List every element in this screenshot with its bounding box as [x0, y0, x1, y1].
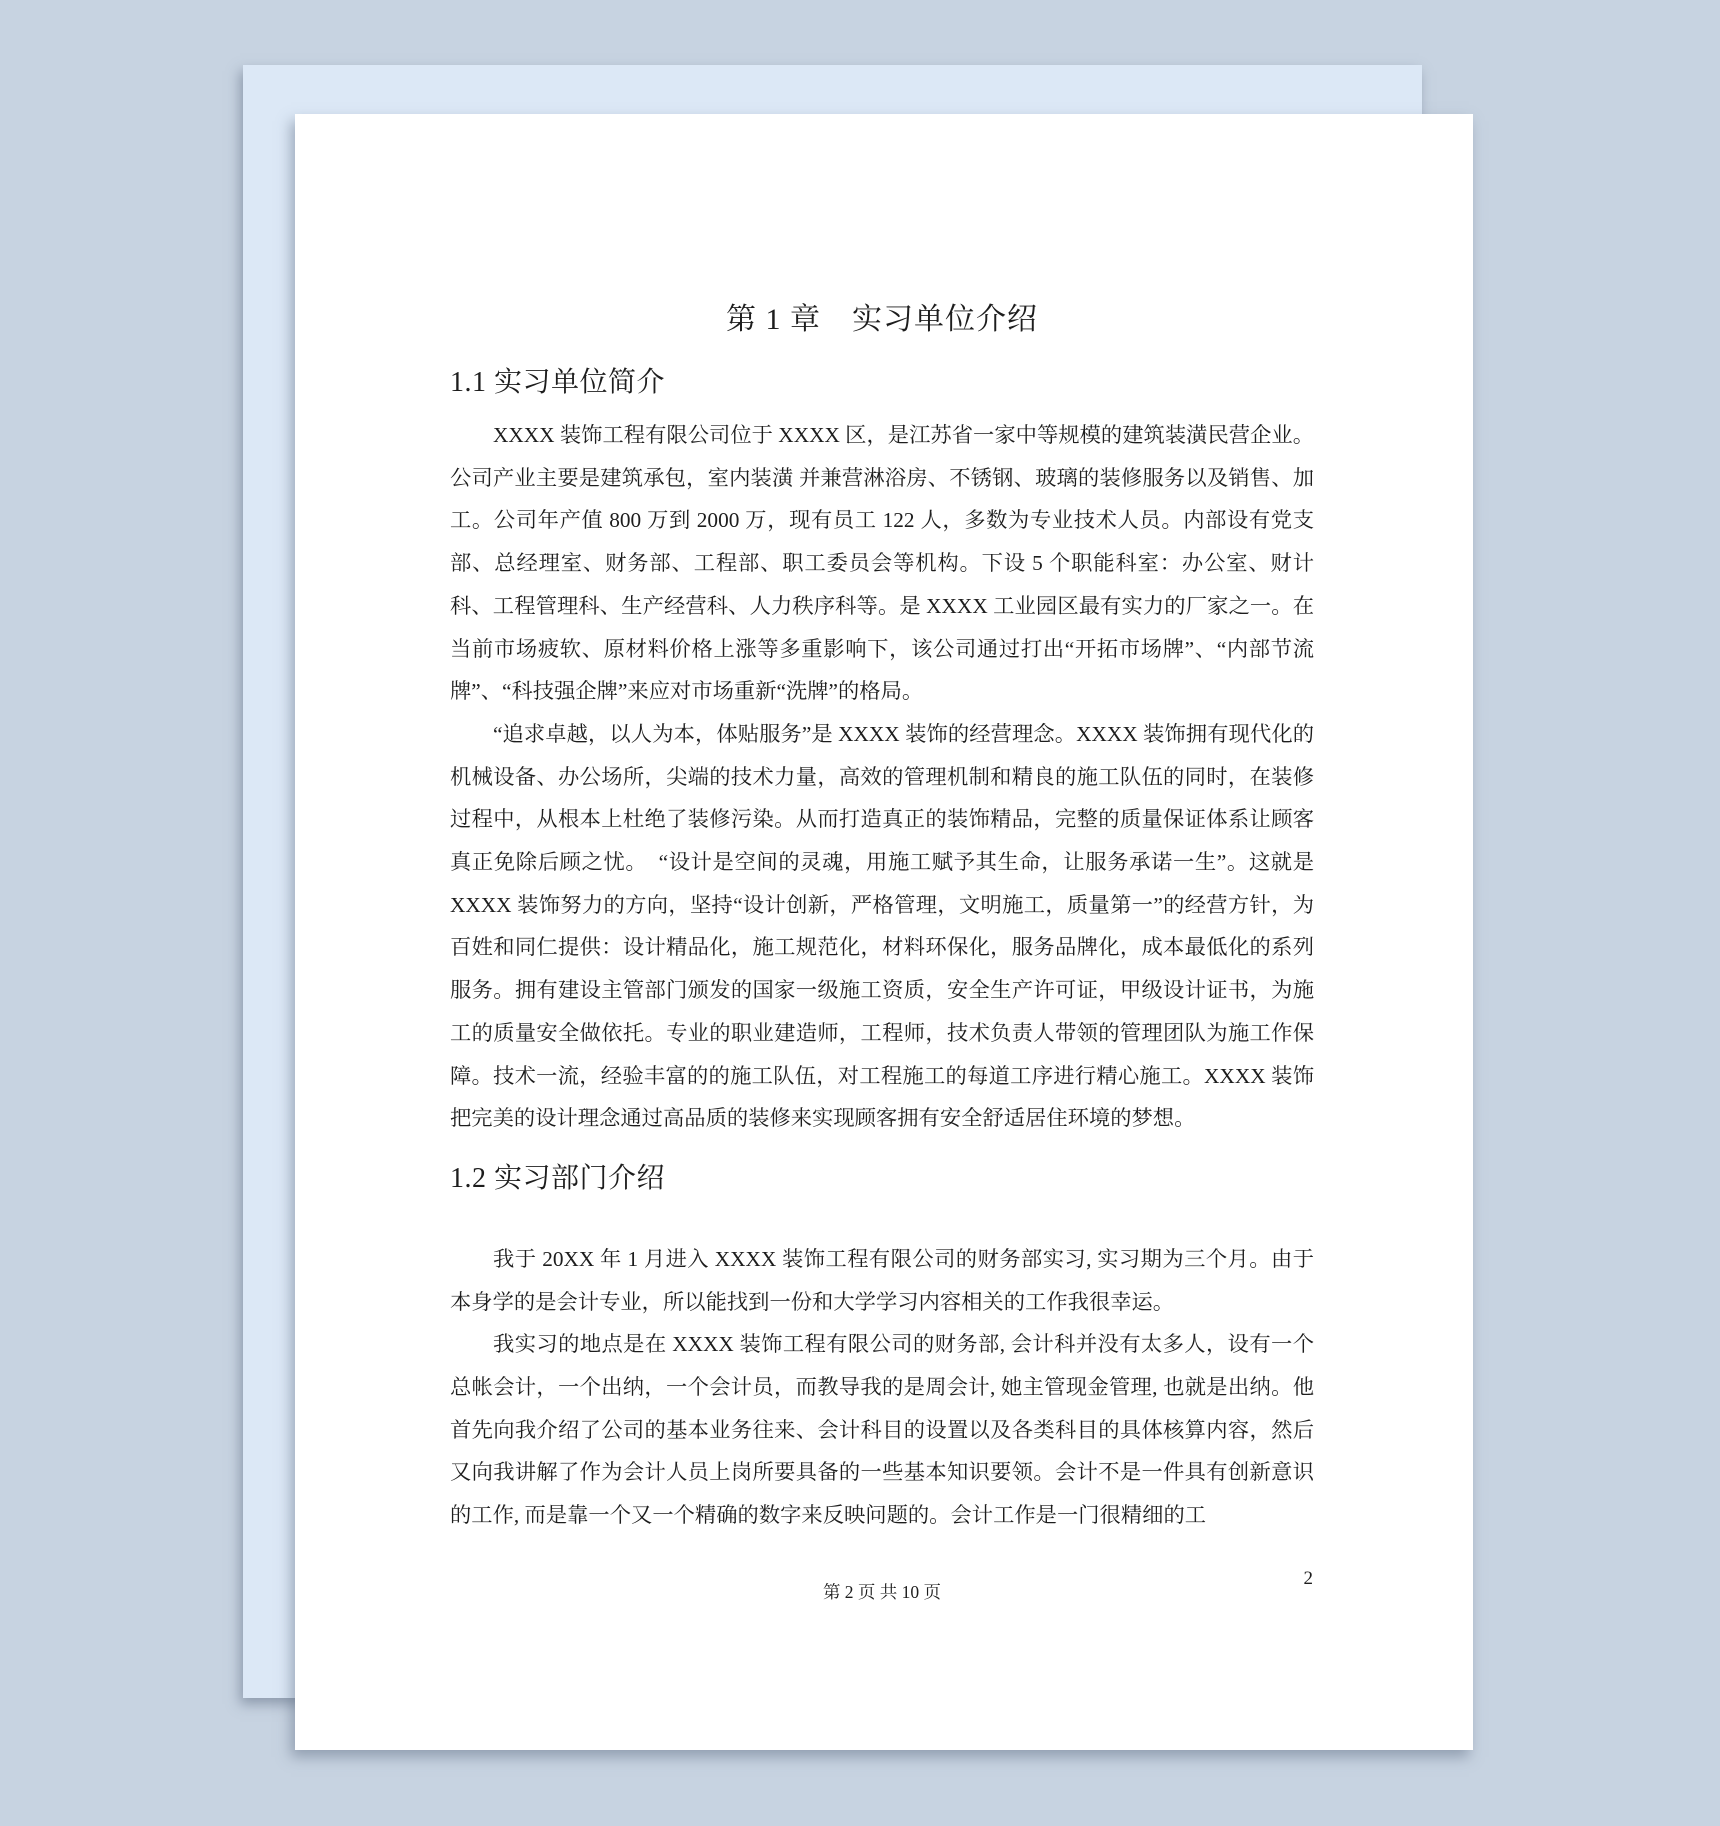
document-page: 第 1 章 实习单位介绍 1.1 实习单位简介 XXXX 装饰工程有限公司位于 … — [295, 114, 1473, 1750]
paragraph-company-philosophy: “追求卓越，以人为本，体贴服务”是 XXXX 装饰的经营理念。XXXX 装饰拥有… — [450, 713, 1314, 1140]
paragraph-internship-department: 我实习的地点是在 XXXX 装饰工程有限公司的财务部, 会计科并没有太多人，设有… — [450, 1323, 1314, 1537]
desktop-background: { "doc": { "chapter_title": "第 1 章 实习单位介… — [0, 0, 1720, 1826]
chapter-title: 第 1 章 实习单位介绍 — [450, 302, 1314, 338]
section-heading-1-1: 1.1 实习单位简介 — [450, 365, 1314, 401]
section-heading-1-2: 1.2 实习部门介绍 — [450, 1161, 1314, 1197]
paragraph-company-intro: XXXX 装饰工程有限公司位于 XXXX 区，是江苏省一家中等规模的建筑装潢民营… — [450, 414, 1314, 713]
page-number: 2 — [1304, 1567, 1314, 1591]
paragraph-internship-start: 我于 20XX 年 1 月进入 XXXX 装饰工程有限公司的财务部实习, 实习期… — [450, 1238, 1314, 1323]
page-footer-indicator: 第 2 页 共 10 页 — [450, 1580, 1314, 1604]
